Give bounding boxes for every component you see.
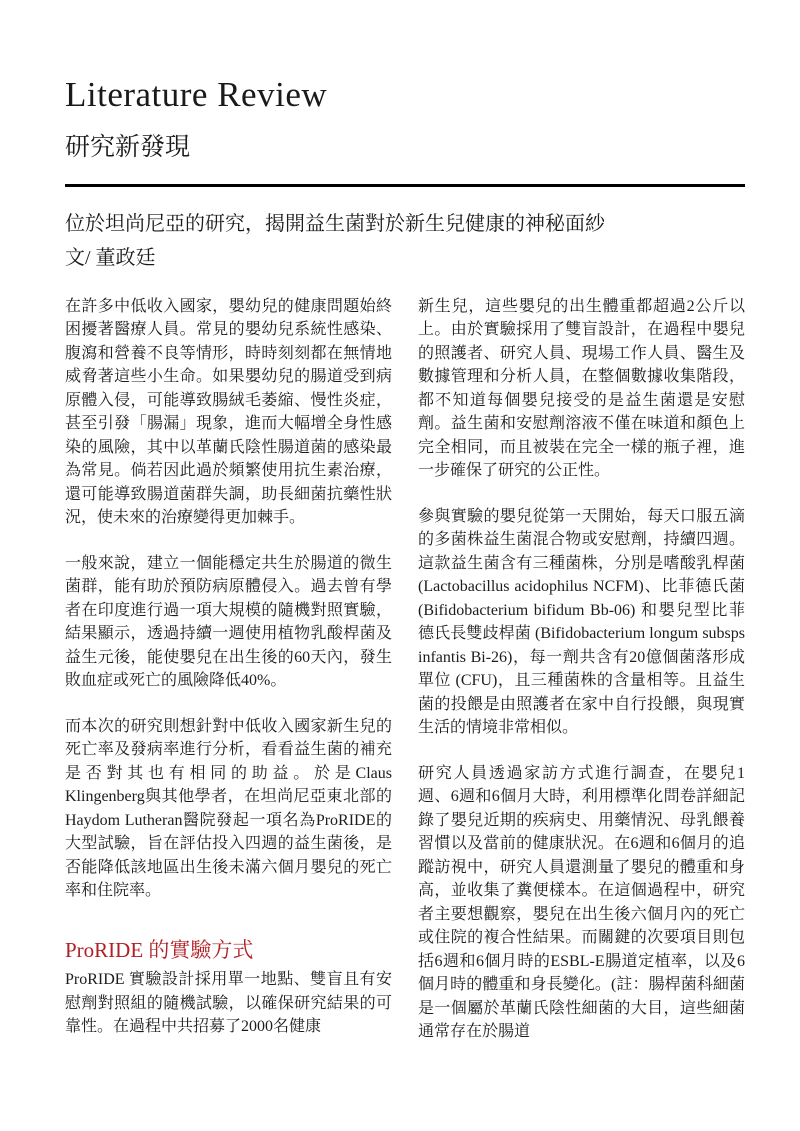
divider-rule bbox=[65, 184, 745, 187]
paragraph: 一般來說，建立一個能穩定共生於腸道的微生菌群，能有助於預防病原體侵入。過去曾有學… bbox=[65, 552, 392, 693]
paragraph: 在許多中低收入國家，嬰幼兒的健康問題始終困擾著醫療人員。常見的嬰幼兒系統性感染、… bbox=[65, 295, 392, 530]
paragraph: 參與實驗的嬰兒從第一天開始，每天口服五滴的多菌株益生菌混合物或安慰劑，持續四週。… bbox=[418, 505, 745, 740]
page-subtitle: 研究新發現 bbox=[65, 127, 745, 163]
right-column: 新生兒，這些嬰兒的出生體重都超過2公斤以上。由於實驗採用了雙盲設計，在過程中嬰兒… bbox=[418, 295, 745, 1066]
left-column: 在許多中低收入國家，嬰幼兒的健康問題始終困擾著醫療人員。常見的嬰幼兒系統性感染、… bbox=[65, 295, 392, 1066]
paragraph: ProRIDE 實驗設計採用單一地點、雙盲且有安慰劑對照組的隨機試驗，以確保研究… bbox=[65, 968, 392, 1039]
article-body: 在許多中低收入國家，嬰幼兒的健康問題始終困擾著醫療人員。常見的嬰幼兒系統性感染、… bbox=[65, 295, 745, 1066]
page-title: Literature Review bbox=[65, 76, 745, 115]
article-title: 位於坦尚尼亞的研究，揭開益生菌對於新生兒健康的神秘面紗 bbox=[65, 211, 745, 238]
article-head: 位於坦尚尼亞的研究，揭開益生菌對於新生兒健康的神秘面紗 文/ 董政廷 bbox=[65, 211, 745, 270]
paragraph: 新生兒，這些嬰兒的出生體重都超過2公斤以上。由於實驗採用了雙盲設計，在過程中嬰兒… bbox=[418, 295, 745, 483]
page-header: Literature Review 研究新發現 bbox=[65, 76, 745, 163]
document-page: Literature Review 研究新發現 位於坦尚尼亞的研究，揭開益生菌對… bbox=[0, 0, 800, 1131]
paragraph: 研究人員透過家訪方式進行調查，在嬰兒1週、6週和6個月大時，利用標準化問卷詳細記… bbox=[418, 762, 745, 1044]
article-byline: 文/ 董政廷 bbox=[65, 241, 745, 270]
section-heading: ProRIDE 的實驗方式 bbox=[65, 939, 392, 963]
paragraph: 而本次的研究則想針對中低收入國家新生兒的死亡率及發病率進行分析，看看益生菌的補充… bbox=[65, 715, 392, 903]
